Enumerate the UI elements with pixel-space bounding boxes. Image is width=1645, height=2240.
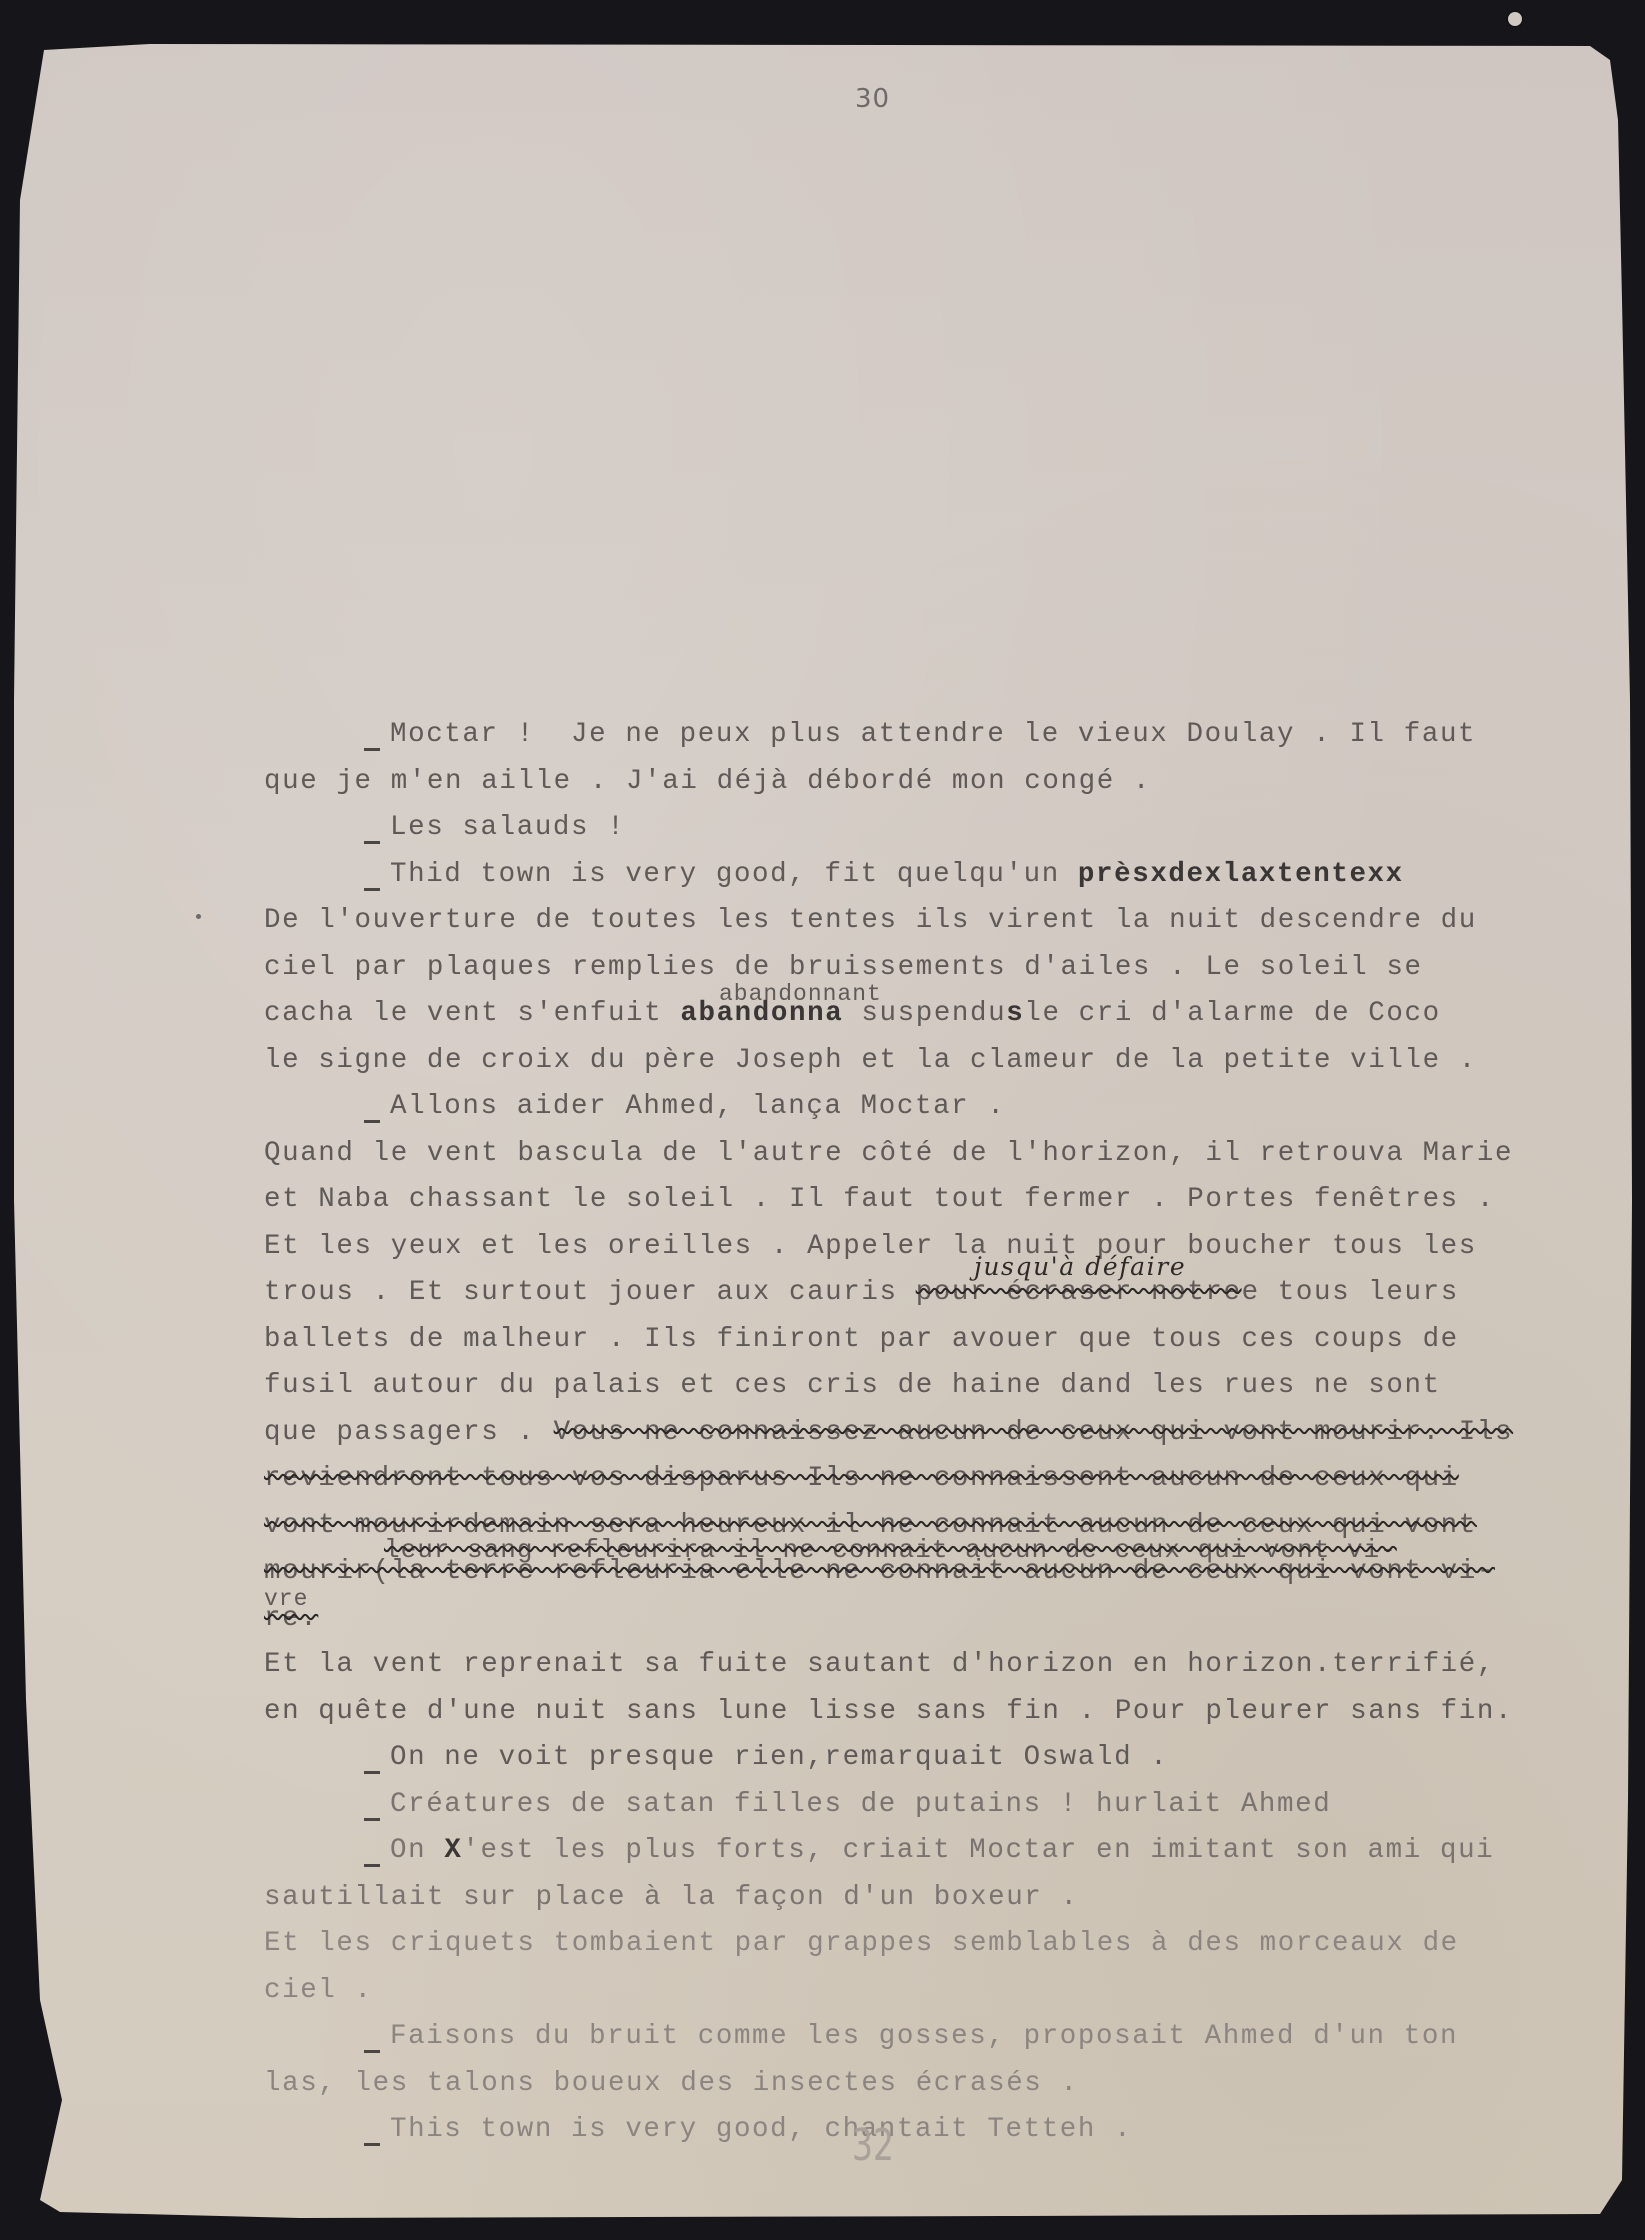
text-line: ciel .: [264, 1968, 1644, 2015]
line-text: ballets de malheur . Ils finiront par av…: [264, 1324, 1459, 1355]
line-text: que passagers .: [264, 1417, 554, 1448]
typescript-body: Moctar ! Je ne peux plus attendre le vie…: [264, 712, 1644, 2154]
text-line: en quête d'une nuit sans lune lisse sans…: [264, 1689, 1644, 1736]
text-line: Quand le vent bascula de l'autre côté de…: [264, 1131, 1644, 1178]
page-number: 30: [855, 84, 890, 114]
typed-insertion: abandonnant: [719, 971, 882, 1018]
line-text: Créatures de satan filles de putains ! h…: [390, 1789, 1331, 1820]
dialogue-line: Allons aider Ahmed, lança Moctar .: [264, 1084, 1644, 1131]
line-text: Moctar ! Je ne peux plus attendre le vie…: [390, 719, 1476, 750]
text-line: jusqu'à défairetrous . Et surtout jouer …: [264, 1270, 1644, 1317]
dialogue-line: This town is very good, chantait Tetteh …: [264, 2107, 1644, 2154]
line-text: Et la vent reprenait sa fuite sautant d'…: [264, 1649, 1314, 1680]
text-line: que passagers . Vous ne connaissez aucun…: [264, 1410, 1644, 1457]
typed-insertion: vre: [264, 1576, 308, 1623]
dialogue-dash: [364, 888, 380, 891]
line-text: 'est les plus forts, criait Moctar en im…: [462, 1835, 1494, 1866]
dialogue-line: Thid town is very good, fit quelqu'un pr…: [264, 852, 1644, 899]
line-text: Quand le vent bascula de l'autre côté de…: [264, 1138, 1513, 1169]
mounting-pin: [1508, 12, 1522, 26]
line-text: Allons aider Ahmed, lança Moctar .: [390, 1091, 1006, 1122]
struck-line: leur sang refleurira il ne connait aucun…: [264, 1549, 1644, 1596]
archive-page-number: 32: [852, 2120, 894, 2171]
dialogue-dash: [364, 2050, 380, 2053]
handwritten-insertion: jusqu'à défaire: [974, 1244, 1186, 1291]
text-line: et Naba chassant le soleil . Il faut tou…: [264, 1177, 1644, 1224]
line-text: Thid town is very good, fit quelqu'un: [390, 859, 1078, 890]
text-line: Et la vent reprenait sa fuite sautant d'…: [264, 1642, 1644, 1689]
dialogue-line: Moctar ! Je ne peux plus attendre le vie…: [264, 712, 1644, 759]
line-text: Et les criquets tombaient par grappes se…: [264, 1928, 1459, 1959]
line-text: Et les yeux et les oreilles . Appeler la…: [264, 1231, 1477, 1262]
scribbled-deletion: reviendront tous vos disparus Ils ne con…: [264, 1463, 1459, 1494]
struck-line: vrere.: [264, 1596, 1644, 1643]
line-text: e tous leurs: [1242, 1277, 1459, 1308]
text-line: le signe de croix du père Joseph et la c…: [264, 1038, 1644, 1085]
dialogue-dash: [364, 1120, 380, 1123]
dialogue-dash: [364, 1818, 380, 1821]
margin-mark: [196, 914, 201, 919]
text-line: que je m'en aille . J'ai déjà débordé mo…: [264, 759, 1644, 806]
text-line: Et les yeux et les oreilles . Appeler la…: [264, 1224, 1644, 1271]
text-line: abandonnantcacha le vent s'enfuit abando…: [264, 991, 1644, 1038]
line-text: sautillait sur place à la façon d'un box…: [264, 1882, 1079, 1913]
line-text: This town is very good, chantait Tetteh …: [390, 2114, 1132, 2145]
typed-over-deletion: prèsxdexlaxtentexx: [1078, 859, 1404, 890]
text-line: fusil autour du palais et ces cris de ha…: [264, 1363, 1644, 1410]
dialogue-dash: [364, 1864, 380, 1867]
line-text: Faisons du bruit comme les gosses, propo…: [390, 2021, 1458, 2052]
line-text: trous . Et surtout jouer aux cauris: [264, 1277, 916, 1308]
dialogue-line: Créatures de satan filles de putains ! h…: [264, 1782, 1644, 1829]
line-text: cacha le vent s'enfuit: [264, 998, 680, 1029]
overstrike-mark: s: [1006, 998, 1024, 1029]
line-text: que je m'en aille . J'ai déjà débordé mo…: [264, 766, 1151, 797]
text-line: sautillait sur place à la façon d'un box…: [264, 1875, 1644, 1922]
line-text: fusil autour du palais et ces cris de ha…: [264, 1370, 1441, 1401]
line-text: en quête d'une nuit sans lune lisse sans…: [264, 1696, 1513, 1727]
dialogue-line: Les salauds !: [264, 805, 1644, 852]
handwritten-x-mark: X: [444, 1835, 462, 1866]
dialogue-dash: [364, 1771, 380, 1774]
scribbled-deletion: Vous ne connaissez aucun de ceux qui von…: [554, 1417, 1513, 1448]
dialogue-dash: [364, 841, 380, 844]
line-text: las, les talons boueux des insectes écra…: [264, 2068, 1079, 2099]
dialogue-line: Faisons du bruit comme les gosses, propo…: [264, 2014, 1644, 2061]
text-line: ciel par plaques remplies de bruissement…: [264, 945, 1644, 992]
text-line: las, les talons boueux des insectes écra…: [264, 2061, 1644, 2108]
text-line: De l'ouverture de toutes les tentes ils …: [264, 898, 1644, 945]
line-text: .terrifié,: [1314, 1649, 1495, 1680]
line-text: le cri d'alarme de Coco: [1024, 998, 1440, 1029]
line-text: On ne voit presque rien,remarquait Oswal…: [390, 1742, 1168, 1773]
dialogue-dash: [364, 748, 380, 751]
line-text: Les salauds !: [390, 812, 625, 843]
line-text: On: [390, 1835, 444, 1866]
struck-line: reviendront tous vos disparus Ils ne con…: [264, 1456, 1644, 1503]
typed-insertion: leur sang refleurira il ne connait aucun…: [384, 1527, 1397, 1574]
line-text: le signe de croix du père Joseph et la c…: [264, 1045, 1477, 1076]
text-line: Et les criquets tombaient par grappes se…: [264, 1921, 1644, 1968]
line-text: De l'ouverture de toutes les tentes ils …: [264, 905, 1477, 936]
dialogue-dash: [364, 2143, 380, 2146]
dialogue-line: On X'est les plus forts, criait Moctar e…: [264, 1828, 1644, 1875]
text-line: ballets de malheur . Ils finiront par av…: [264, 1317, 1644, 1364]
dialogue-line: On ne voit presque rien,remarquait Oswal…: [264, 1735, 1644, 1782]
line-text: et Naba chassant le soleil . Il faut tou…: [264, 1184, 1495, 1215]
line-text: ciel .: [264, 1975, 373, 2006]
